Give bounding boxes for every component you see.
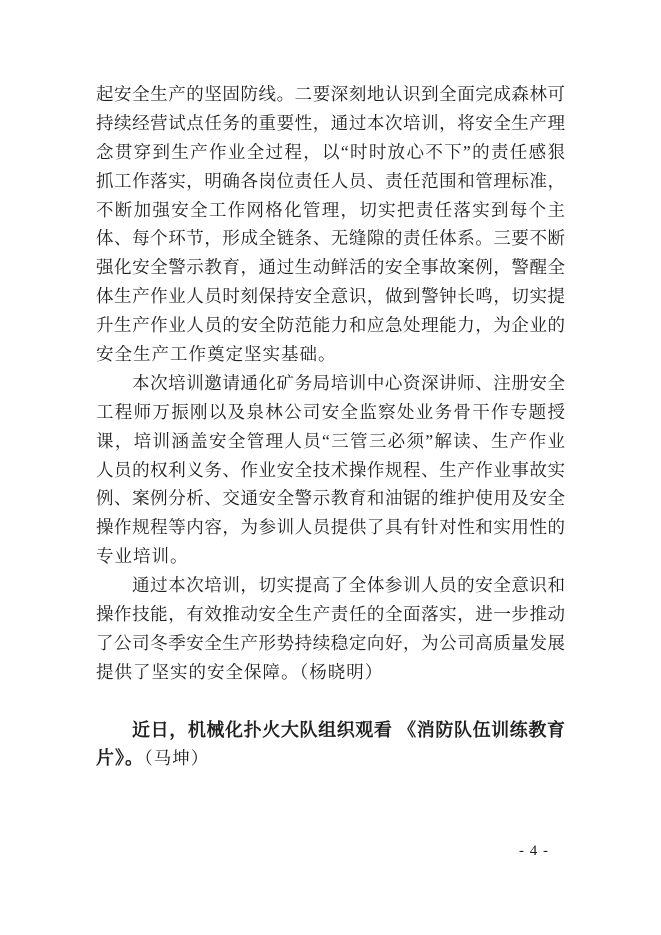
text-line: 体生产作业人员时刻保持安全意识，做到警钟长鸣，切实提 — [96, 282, 565, 311]
text-line: 本次培训邀请通化矿务局培训中心资深讲师、注册安全 — [96, 369, 565, 398]
text-line: 近日，机械化扑火大队组织观看 《消防队伍训练教育 — [96, 716, 565, 745]
text-line: 例、案例分析、交通安全警示教育和油锯的维护使用及安全 — [96, 484, 565, 513]
text-line: 升生产作业人员的安全防范能力和应急处理能力，为企业的 — [96, 311, 565, 340]
text-line: 抓工作落实，明确各岗位责任人员、责任范围和管理标准， — [96, 167, 565, 196]
text-line: 持续经营试点任务的重要性，通过本次培训，将安全生产理 — [96, 109, 565, 138]
text-line: 提供了坚实的安全保障。（杨晓明） — [96, 658, 565, 687]
document-body: 起安全生产的坚固防线。二要深刻地认识到全面完成森林可 持续经营试点任务的重要性，… — [96, 80, 565, 773]
paragraph-training-overview: 起安全生产的坚固防线。二要深刻地认识到全面完成森林可 持续经营试点任务的重要性，… — [96, 80, 565, 369]
text-line: 体、每个环节，形成全链条、无缝隙的责任体系。三要不断 — [96, 224, 565, 253]
page-number: - 4 - — [519, 843, 549, 860]
text-line: 专业培训。 — [96, 542, 565, 571]
text-line: 课，培训涵盖安全管理人员“三管三必须”解读、生产作业 — [96, 427, 565, 456]
paragraph-training-results: 通过本次培训，切实提高了全体参训人员的安全意识和 操作技能，有效推动安全生产责任… — [96, 571, 565, 687]
text-line: 安全生产工作奠定坚实基础。 — [96, 340, 565, 369]
text-line: 念贯穿到生产作业全过程，以“时时放心不下”的责任感狠 — [96, 138, 565, 167]
text-line: 工程师万振刚以及泉林公司安全监察处业务骨干作专题授 — [96, 398, 565, 427]
text-line: 片》。（马坤） — [96, 744, 565, 773]
text-line: 人员的权利义务、作业安全技术操作规程、生产作业事故实 — [96, 456, 565, 485]
document-page: 起安全生产的坚固防线。二要深刻地认识到全面完成森林可 持续经营试点任务的重要性，… — [0, 0, 661, 935]
bold-text-segment: 片》。 — [96, 748, 144, 768]
text-line: 操作规程等内容，为参训人员提供了具有针对性和实用性的 — [96, 513, 565, 542]
text-line: 起安全生产的坚固防线。二要深刻地认识到全面完成森林可 — [96, 80, 565, 109]
text-line: 不断加强安全工作网格化管理，切实把责任落实到每个主 — [96, 196, 565, 225]
paragraph-training-content: 本次培训邀请通化矿务局培训中心资深讲师、注册安全 工程师万振刚以及泉林公司安全监… — [96, 369, 565, 571]
author-credit: （马坤） — [144, 748, 209, 768]
text-line: 操作技能，有效推动安全生产责任的全面落实，进一步推动 — [96, 600, 565, 629]
text-line: 通过本次培训，切实提高了全体参训人员的安全意识和 — [96, 571, 565, 600]
text-line: 了公司冬季安全生产形势持续稳定向好，为公司高质量发展 — [96, 629, 565, 658]
text-line: 强化安全警示教育，通过生动鲜活的安全事故案例，警醒全 — [96, 253, 565, 282]
paragraph-fire-brigade-announcement: 近日，机械化扑火大队组织观看 《消防队伍训练教育 片》。（马坤） — [96, 716, 565, 774]
